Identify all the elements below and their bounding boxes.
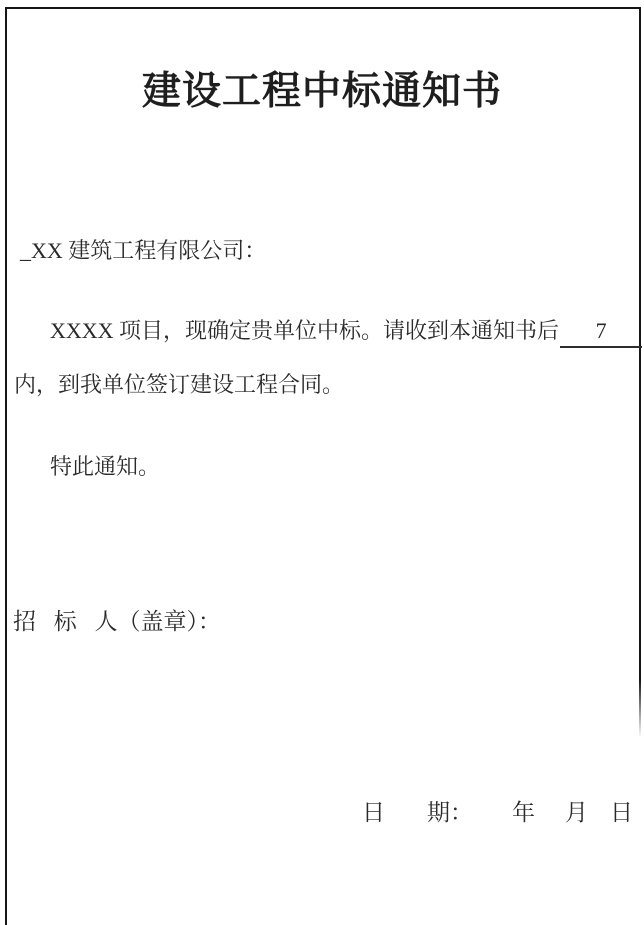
recipient-company-line: _XX 建筑工程有限公司： [20, 237, 266, 266]
page-border-left [5, 7, 7, 925]
body-line-2: 内，到我单位签订建设工程合同。 [14, 371, 344, 400]
document-page: 建设工程中标通知书 _XX 建筑工程有限公司： XXXX 项目，现确定贵单位中标… [0, 0, 644, 925]
body-line-1: XXXX 项目，现确定贵单位中标。请收到本通知书后7天 [14, 317, 644, 348]
date-year-label: 年 [512, 798, 535, 828]
days-blank-field: 7 [560, 317, 642, 348]
date-label-day-char: 日 [362, 798, 385, 828]
document-title: 建设工程中标通知书 [0, 69, 644, 116]
date-label-qi-colon: 期： [427, 798, 473, 828]
page-border-top [5, 7, 641, 9]
page-border-right [639, 7, 641, 738]
tenderer-seal-label: 招 标 人（盖章）： [13, 607, 221, 637]
date-month-label: 月 [565, 798, 588, 828]
date-line: 日 期： 年 月 日 [362, 798, 633, 828]
date-day-label: 日 [610, 798, 633, 828]
body-line1-text: XXXX 项目，现确定贵单位中标。请收到本通知书后 [50, 318, 559, 343]
notice-line: 特此通知。 [14, 453, 160, 482]
